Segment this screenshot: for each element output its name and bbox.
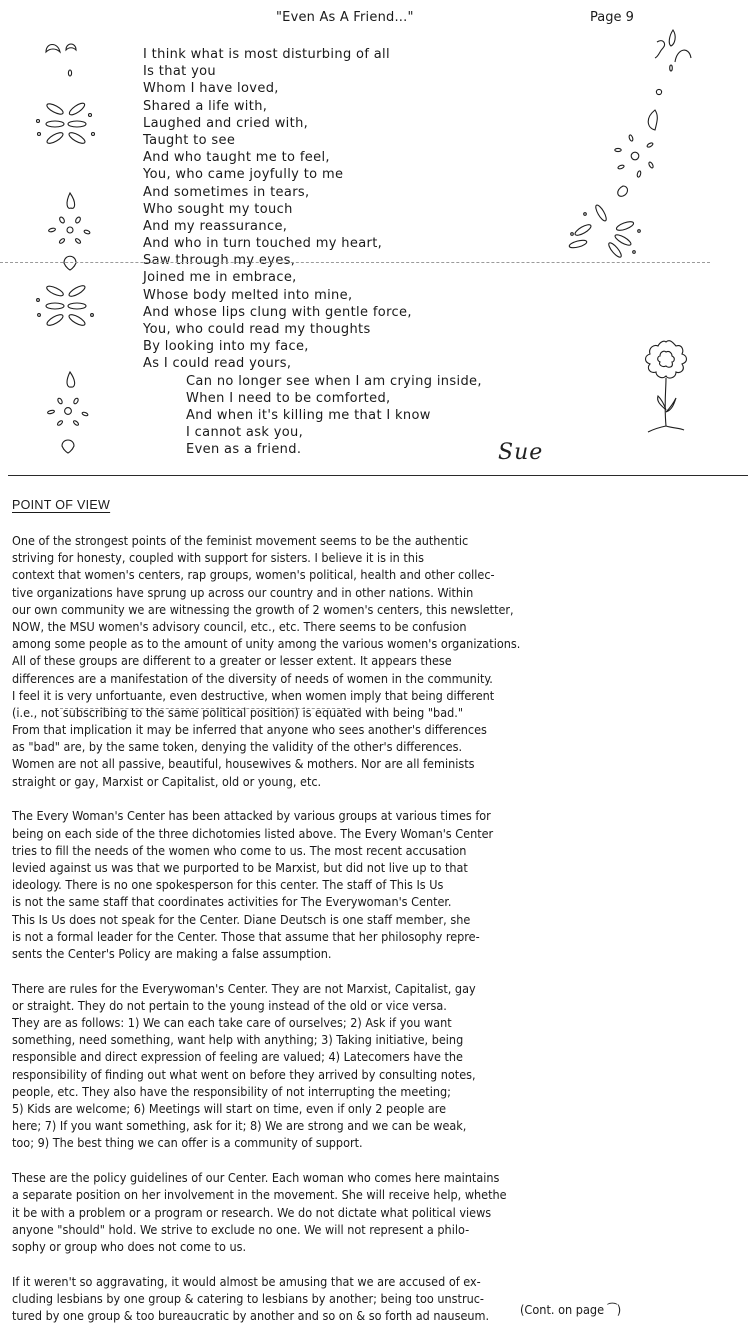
left-flower-doodle-icon xyxy=(40,38,90,458)
article-line: differences are a manifestation of the d… xyxy=(12,670,744,687)
poem-line: Whom I have loved, xyxy=(143,80,482,97)
article-line: I feel it is very unfortuante, even dest… xyxy=(12,687,744,704)
article-line: One of the strongest points of the femin… xyxy=(12,532,744,549)
article-line: levied against us was that we purported … xyxy=(12,859,744,876)
article-line: is not the same staff that coordinates a… xyxy=(12,893,744,910)
poem-line: I think what is most disturbing of all xyxy=(143,46,482,63)
poem-line: Shared a life with, xyxy=(143,98,482,115)
article-line: If it weren't so aggravating, it would a… xyxy=(12,1273,744,1290)
right-petal-doodle-icon xyxy=(555,22,715,262)
article-line: people, etc. They also have the responsi… xyxy=(12,1083,744,1100)
article-line: our own community we are witnessing the … xyxy=(12,601,744,618)
article-body: One of the strongest points of the femin… xyxy=(12,532,748,1340)
poem-line: You, who came joyfully to me xyxy=(143,166,482,183)
poem-line: And sometimes in tears, xyxy=(143,184,482,201)
article-line: From that implication it may be inferred… xyxy=(12,721,744,738)
article-line: These are the policy guidelines of our C… xyxy=(12,1169,744,1186)
article-line: cluding lesbians by one group & catering… xyxy=(12,1290,744,1307)
poem-line: Laughed and cried with, xyxy=(143,115,482,132)
poem-signature: Sue xyxy=(498,440,543,465)
article-line: striving for honesty, coupled with suppo… xyxy=(12,549,744,566)
article-line: tured by one group & too bureaucratic by… xyxy=(12,1307,744,1324)
article-line: There are rules for the Everywoman's Cen… xyxy=(12,980,744,997)
article-line: a separate position on her involvement i… xyxy=(12,1186,744,1203)
poem-line: Who sought my touch xyxy=(143,201,482,218)
scan-artifact-line xyxy=(0,262,710,263)
poem-line: And whose lips clung with gentle force, xyxy=(143,304,482,321)
article-line: tive organizations have sprung up across… xyxy=(12,584,744,601)
poem-line: And who taught me to feel, xyxy=(143,149,482,166)
article-paragraph: These are the policy guidelines of our C… xyxy=(12,1169,748,1255)
article-line: sophy or group who does not come to us. xyxy=(12,1238,744,1255)
poem-line: Saw through my eyes, xyxy=(143,252,482,269)
article-line: here; 7) If you want something, ask for … xyxy=(12,1117,744,1134)
poem-line-indented: Can no longer see when I am crying insid… xyxy=(143,373,482,390)
article-line: or straight. They do not pertain to the … xyxy=(12,997,744,1014)
article-line: is not a formal leader for the Center. T… xyxy=(12,928,744,945)
article-line: All of these groups are different to a g… xyxy=(12,652,744,669)
poem-line-indented: I cannot ask you, xyxy=(143,424,482,441)
poem-line: And my reassurance, xyxy=(143,218,482,235)
article-line: Women are not all passive, beautiful, ho… xyxy=(12,755,744,772)
article-line: They are as follows: 1) We can each take… xyxy=(12,1014,744,1031)
section-divider xyxy=(8,475,748,476)
article-line: 5) Kids are welcome; 6) Meetings will st… xyxy=(12,1100,744,1117)
article-paragraph: There are rules for the Everywoman's Cen… xyxy=(12,980,748,1152)
article-line: it be with a problem or a program or res… xyxy=(12,1204,744,1221)
poem-line: Joined me in embrace, xyxy=(143,269,482,286)
article-line: among some people as to the amount of un… xyxy=(12,635,744,652)
section-heading: POINT OF VIEW xyxy=(12,498,110,512)
article-line: anyone "should" hold. We strive to exclu… xyxy=(12,1221,744,1238)
article-line: This Is Us does not speak for the Center… xyxy=(12,911,744,928)
article-line: ideology. There is no one spokesperson f… xyxy=(12,876,744,893)
article-line: responsibility of finding out what went … xyxy=(12,1066,744,1083)
article-line: tries to fill the needs of the women who… xyxy=(12,842,744,859)
continuation-note: (Cont. on page ⁀) xyxy=(520,1302,621,1317)
article-paragraph: One of the strongest points of the femin… xyxy=(12,532,748,790)
poem-line-indented: Even as a friend. xyxy=(143,441,482,458)
poem: I think what is most disturbing of allIs… xyxy=(143,46,482,459)
article-line: context that women's centers, rap groups… xyxy=(12,566,744,583)
poem-line: Taught to see xyxy=(143,132,482,149)
article-paragraph: The Every Woman's Center has been attack… xyxy=(12,807,748,962)
poem-line: Whose body melted into mine, xyxy=(143,287,482,304)
article-line: something, need something, want help wit… xyxy=(12,1031,744,1048)
article-line: as "bad" are, by the same token, denying… xyxy=(12,738,744,755)
article-line: The Every Woman's Center has been attack… xyxy=(12,807,744,824)
poem-line-indented: When I need to be comforted, xyxy=(143,390,482,407)
article-line: (i.e., not subscribing to the same polit… xyxy=(12,704,744,721)
flower-drawing-icon xyxy=(636,340,696,440)
poem-title: "Even As A Friend..." xyxy=(276,10,414,25)
poem-line: Is that you xyxy=(143,63,482,80)
article-paragraph: If it weren't so aggravating, it would a… xyxy=(12,1273,748,1325)
article-line: NOW, the MSU women's advisory council, e… xyxy=(12,618,744,635)
poem-line: By looking into my face, xyxy=(143,338,482,355)
article-line: straight or gay, Marxist or Capitalist, … xyxy=(12,773,744,790)
poem-line: As I could read yours, xyxy=(143,355,482,372)
poem-line: And who in turn touched my heart, xyxy=(143,235,482,252)
article-line: too; 9) The best thing we can offer is a… xyxy=(12,1134,744,1151)
poem-line-indented: And when it's killing me that I know xyxy=(143,407,482,424)
article-line: sents the Center's Policy are making a f… xyxy=(12,945,744,962)
article-line: responsible and direct expression of fee… xyxy=(12,1048,744,1065)
poem-line: You, who could read my thoughts xyxy=(143,321,482,338)
article-line: being on each side of the three dichotom… xyxy=(12,825,744,842)
